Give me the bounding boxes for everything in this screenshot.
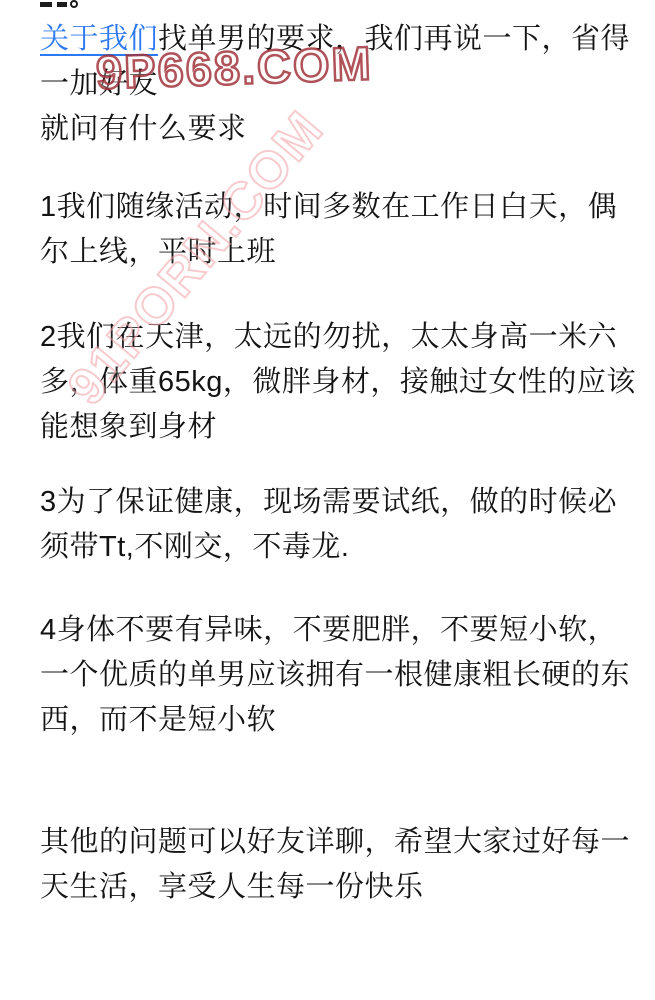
text-line: 1我们随缘活动，时间多数在工作日白天，偶 (40, 185, 618, 230)
text-line: 4身体不要有异味，不要肥胖，不要短小软， (40, 608, 618, 653)
text-line: 一加好友 (40, 62, 618, 107)
text-line: 天生活，享受人生每一份快乐 (40, 865, 618, 910)
clipped-stroke (40, 2, 52, 7)
text-line: 西，而不是短小软 (40, 698, 618, 743)
clipped-stroke (57, 2, 67, 7)
text-line: 一个优质的单男应该拥有一根健康粗长硬的东 (40, 653, 618, 698)
paragraph-closing: 其他的问题可以好友详聊，希望大家过好每一 天生活，享受人生每一份快乐 (40, 820, 618, 910)
text-line: 就问有什么要求 (40, 107, 618, 152)
text-line: 关于我们找单男的要求，我们再说一下，省得 (40, 17, 618, 62)
paragraph-rule-3: 3为了保证健康，现场需要试纸，做的时候必 须带Tt,不刚交，不毒龙. (40, 480, 618, 570)
text-line: 3为了保证健康，现场需要试纸，做的时候必 (40, 480, 618, 525)
text-line: 尔上线，平时上班 (40, 230, 618, 275)
message-text: 关于我们找单男的要求，我们再说一下，省得 一加好友 就问有什么要求 1我们随缘活… (40, 17, 618, 910)
text-line: 2我们在天津，太远的勿扰，太太身高一米六 (40, 315, 618, 360)
text-line: 能想象到身材 (40, 405, 618, 450)
text-line: 多，体重65kg，微胖身材，接触过女性的应该 (40, 360, 618, 405)
paragraph-intro: 关于我们找单男的要求，我们再说一下，省得 一加好友 就问有什么要求 (40, 17, 618, 152)
text-line: 须带Tt,不刚交，不毒龙. (40, 525, 618, 570)
chat-message-screenshot: 91PORN.COM 9P668.COM 关于我们找单男的要求，我们再说一下，省… (0, 0, 655, 1000)
paragraph-rule-1: 1我们随缘活动，时间多数在工作日白天，偶 尔上线，平时上班 (40, 185, 618, 275)
text-run: 找单男的要求，我们再说一下，省得 (158, 23, 630, 55)
paragraph-rule-2: 2我们在天津，太远的勿扰，太太身高一米六 多，体重65kg，微胖身材，接触过女性… (40, 315, 618, 450)
about-us-link[interactable]: 关于我们 (40, 23, 158, 55)
text-line: 其他的问题可以好友详聊，希望大家过好每一 (40, 820, 618, 865)
clipped-text-fragment (40, 0, 100, 10)
paragraph-rule-4: 4身体不要有异味，不要肥胖，不要短小软， 一个优质的单男应该拥有一根健康粗长硬的… (40, 608, 618, 743)
clipped-fullstop-glyph (70, 0, 78, 8)
